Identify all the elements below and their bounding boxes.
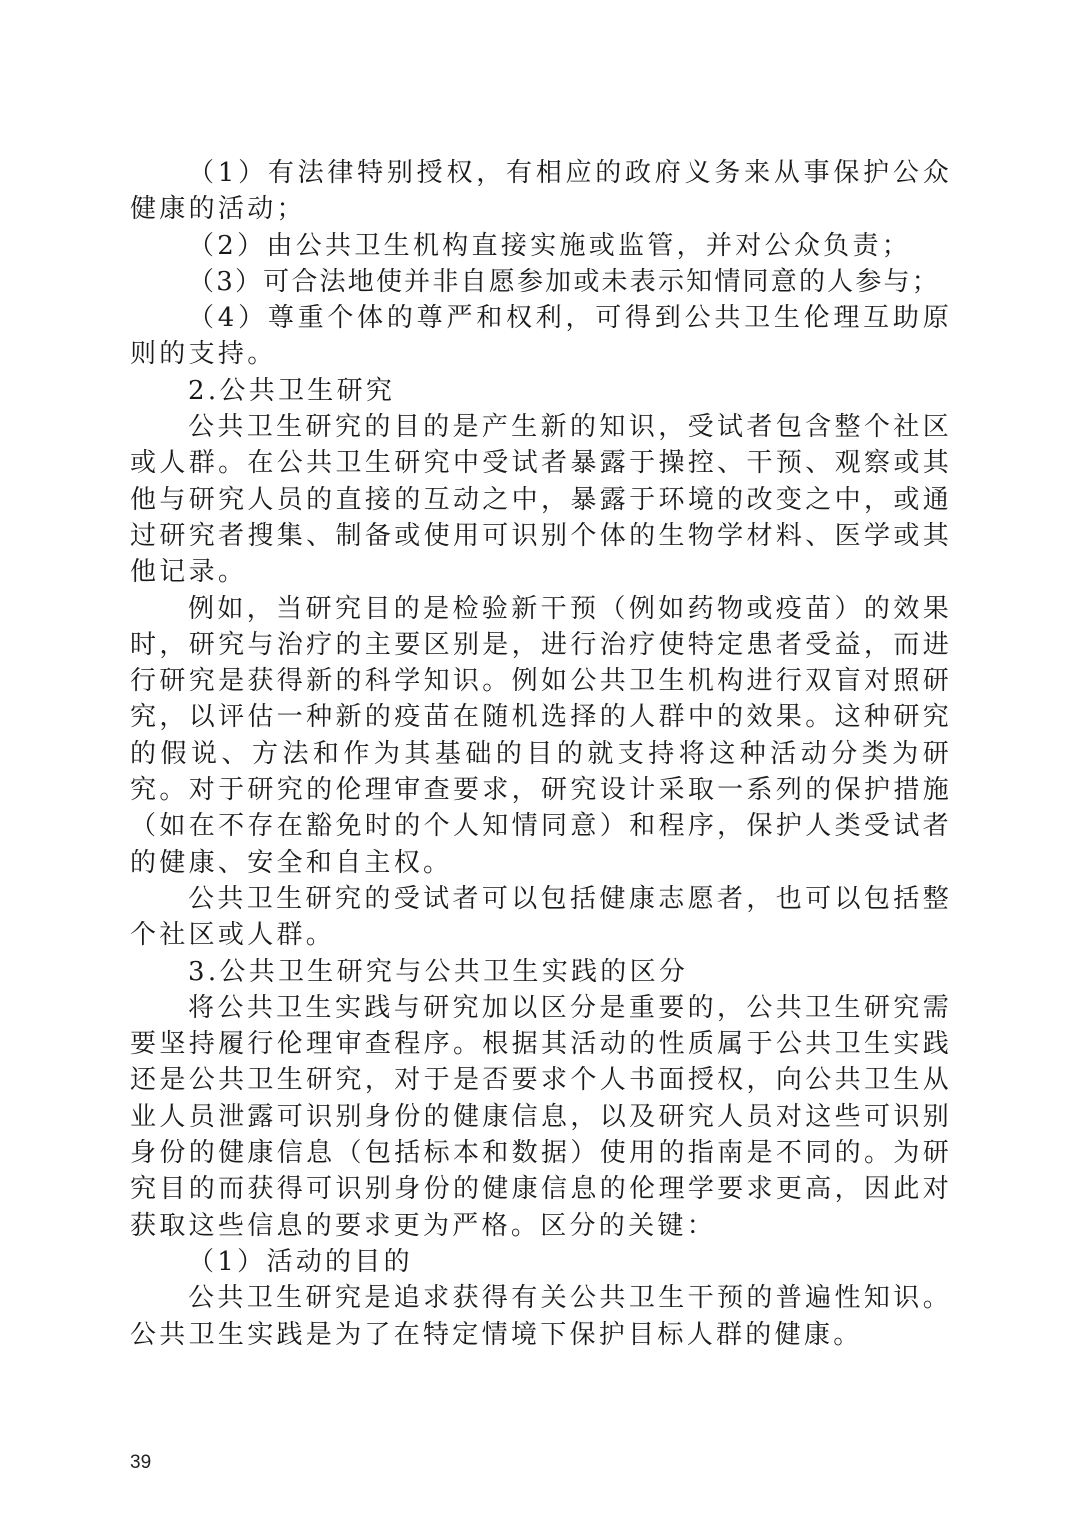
list-item-purpose: （1）活动的目的 (130, 1244, 952, 1280)
body-paragraph: 公共卫生研究的目的是产生新的知识，受试者包含整个社区或人群。在公共卫生研究中受试… (130, 409, 952, 590)
list-item-3: （3）可合法地使并非自愿参加或未表示知情同意的人参与； (130, 264, 952, 300)
body-paragraph: 公共卫生研究的受试者可以包括健康志愿者，也可以包括整个社区或人群。 (130, 881, 952, 954)
body-paragraph: 公共卫生研究是追求获得有关公共卫生干预的普遍性知识。公共卫生实践是为了在特定情境… (130, 1280, 952, 1353)
section-heading-2: 2.公共卫生研究 (130, 373, 952, 409)
section-heading-3: 3.公共卫生研究与公共卫生实践的区分 (130, 954, 952, 990)
body-paragraph: 例如，当研究目的是检验新干预（例如药物或疫苗）的效果时，研究与治疗的主要区别是，… (130, 591, 952, 881)
list-item-1: （1）有法律特别授权，有相应的政府义务来从事保护公众健康的活动； (130, 155, 952, 228)
list-item-2: （2）由公共卫生机构直接实施或监管，并对公众负责； (130, 228, 952, 264)
document-page: （1）有法律特别授权，有相应的政府义务来从事保护公众健康的活动； （2）由公共卫… (130, 155, 952, 1353)
body-paragraph: 将公共卫生实践与研究加以区分是重要的，公共卫生研究需要坚持履行伦理审查程序。根据… (130, 990, 952, 1244)
list-item-4: （4）尊重个体的尊严和权利，可得到公共卫生伦理互助原则的支持。 (130, 300, 952, 373)
page-number: 39 (130, 1452, 151, 1474)
